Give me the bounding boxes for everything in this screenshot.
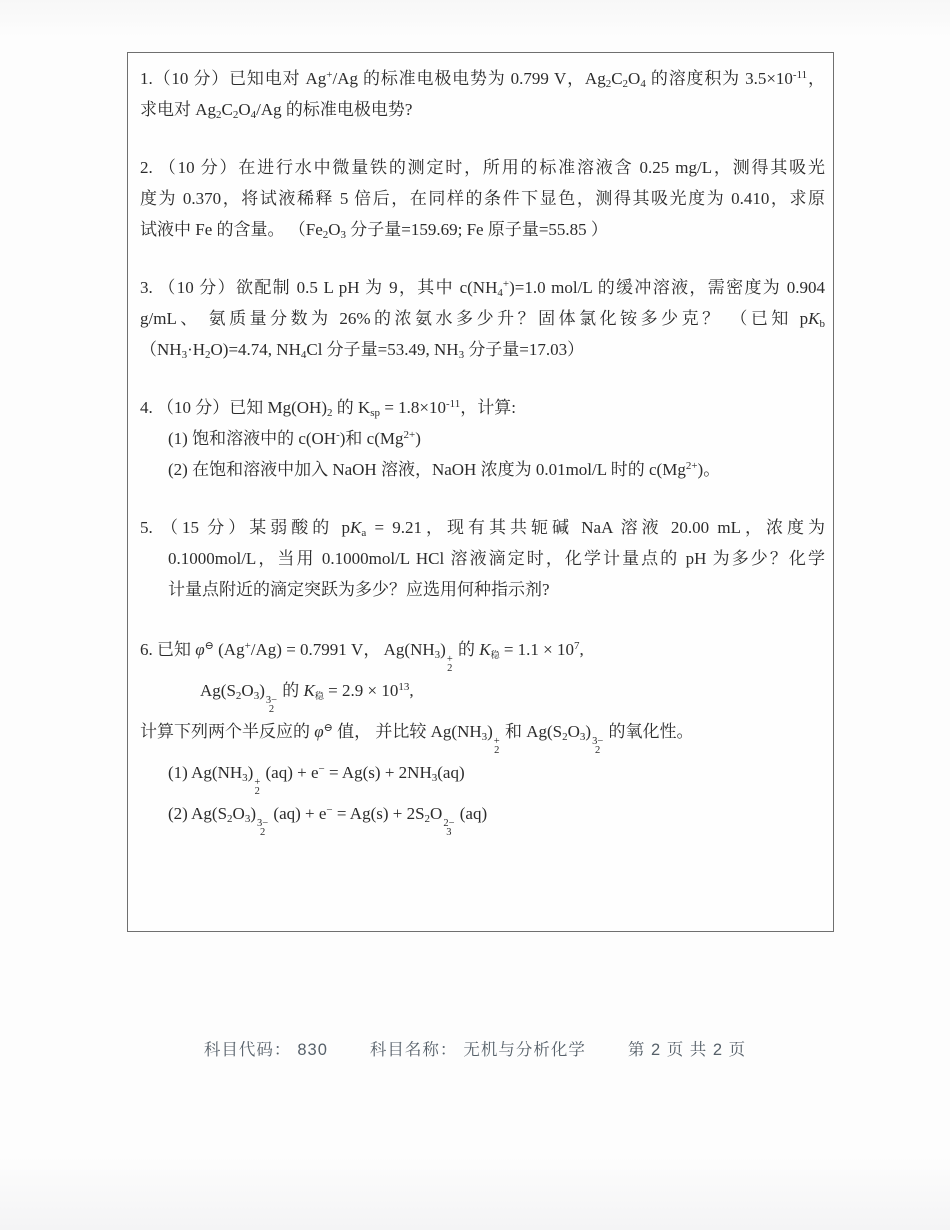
question-line: 4. （10 分）已知 Mg(OH)2 的 Ksp = 1.8×10-11，计算…: [140, 392, 825, 423]
question-line: 5. （15 分）某弱酸的 pKa = 9.21，现有其共轭碱 NaA 溶液 2…: [140, 512, 825, 543]
question-line: 1.（10 分）已知电对 Ag+/Ag 的标准电极电势为 0.799 V，Ag2…: [140, 63, 825, 94]
question-line: 3. （10 分）欲配制 0.5 L pH 为 9，其中 c(NH4+)=1.0…: [140, 272, 825, 303]
footer-page-indicator: 第 2 页 共 2 页: [628, 1036, 746, 1060]
question-sub-item: (1) 饱和溶液中的 c(OH-)和 c(Mg2+): [140, 423, 825, 454]
half-reaction-equation: (1) Ag(NH3)+2 (aq) + e− = Ag(s) + 2NH3(a…: [140, 755, 825, 796]
question-2: 2. （10 分）在进行水中微量铁的测定时，所用的标准溶液含 0.25 mg/L…: [140, 152, 825, 245]
page-footer: 科目代码：830 科目名称：无机与分析化学 第 2 页 共 2 页: [0, 1036, 950, 1060]
question-line: 6. 已知 φ⊖ (Ag+/Ag) = 0.7991 V， Ag(NH3)+2 …: [140, 632, 825, 673]
question-line: 求电对 Ag2C2O4/Ag 的标准电极电势?: [140, 94, 825, 125]
footer-subject-name: 科目名称：无机与分析化学: [370, 1036, 586, 1060]
question-line: （NH3·H2O)=4.74, NH4Cl 分子量=53.49, NH3 分子量…: [140, 334, 825, 365]
question-line: 度为 0.370，将试液稀释 5 倍后，在同样的条件下显色，测得其吸光度为 0.…: [140, 183, 825, 214]
question-line: g/mL、 氨质量分数为 26%的浓氨水多少升？固体氯化铵多少克？ （已知 pK…: [140, 303, 825, 334]
question-line: 2. （10 分）在进行水中微量铁的测定时，所用的标准溶液含 0.25 mg/L…: [140, 152, 825, 183]
question-line: 计量点附近的滴定突跃为多少？应选用何种指示剂?: [140, 574, 825, 605]
question-5: 5. （15 分）某弱酸的 pKa = 9.21，现有其共轭碱 NaA 溶液 2…: [140, 512, 825, 605]
subject-name-label: 科目名称：: [370, 1041, 458, 1059]
question-line: 0.1000mol/L，当用 0.1000mol/L HCl 溶液滴定时，化学计…: [140, 543, 825, 574]
half-reaction-equation: (2) Ag(S2O3)3−2 (aq) + e− = Ag(s) + 2S2O…: [140, 796, 825, 837]
scanned-exam-page: 1.（10 分）已知电对 Ag+/Ag 的标准电极电势为 0.799 V，Ag2…: [0, 0, 950, 1230]
question-line: 计算下列两个半反应的 φ⊖ 值， 并比较 Ag(NH3)+2 和 Ag(S2O3…: [140, 714, 825, 755]
question-3: 3. （10 分）欲配制 0.5 L pH 为 9，其中 c(NH4+)=1.0…: [140, 272, 825, 365]
subject-code-label: 科目代码：: [204, 1041, 292, 1059]
question-sub-item: (2) 在饱和溶液中加入 NaOH 溶液，NaOH 浓度为 0.01mol/L …: [140, 454, 825, 485]
subject-code-value: 830: [297, 1041, 328, 1059]
footer-subject-code: 科目代码：830: [204, 1036, 328, 1060]
question-line: 试液中 Fe 的含量。 （Fe2O3 分子量=159.69; Fe 原子量=55…: [140, 214, 825, 245]
question-4: 4. （10 分）已知 Mg(OH)2 的 Ksp = 1.8×10-11，计算…: [140, 392, 825, 485]
question-6: 6. 已知 φ⊖ (Ag+/Ag) = 0.7991 V， Ag(NH3)+2 …: [140, 632, 825, 837]
question-line: Ag(S2O3)3−2 的 K稳 = 2.9 × 1013,: [140, 673, 825, 714]
questions-border-box: 1.（10 分）已知电对 Ag+/Ag 的标准电极电势为 0.799 V，Ag2…: [127, 52, 834, 932]
question-1: 1.（10 分）已知电对 Ag+/Ag 的标准电极电势为 0.799 V，Ag2…: [140, 63, 825, 125]
subject-name-value: 无机与分析化学: [463, 1041, 586, 1059]
